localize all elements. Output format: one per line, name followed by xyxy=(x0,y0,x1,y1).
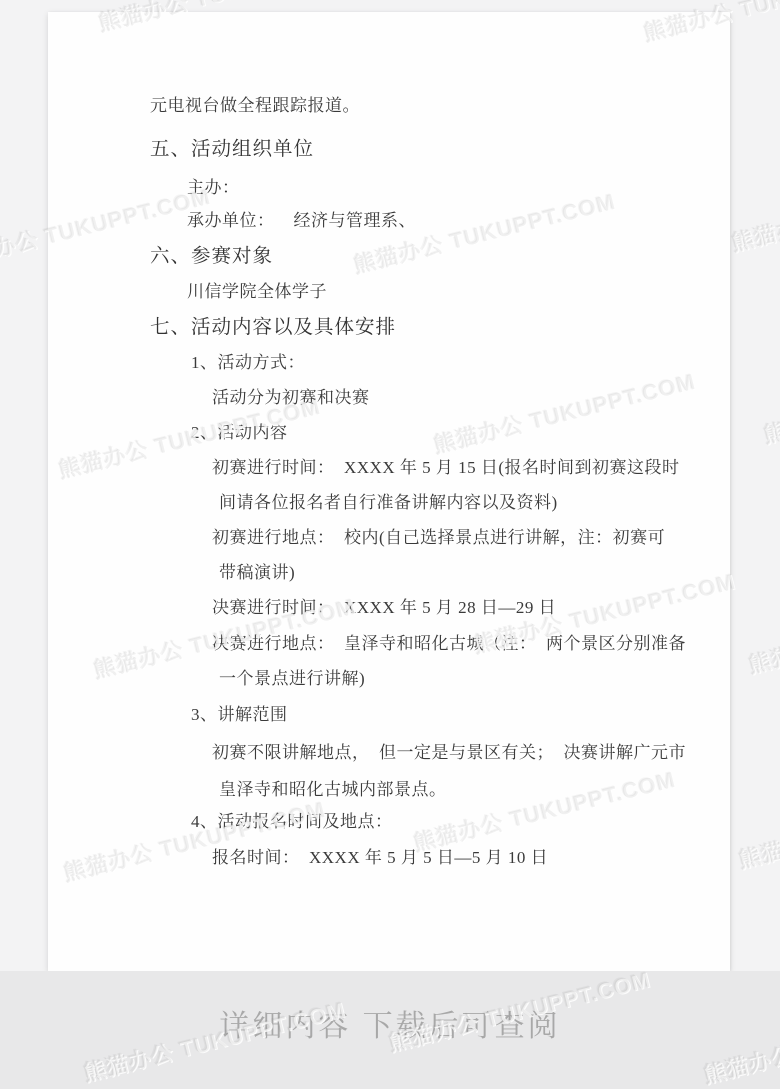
doc-line: 间请各位报名者自行准备讲解内容以及资料) xyxy=(219,493,558,513)
doc-line: 带稿演讲) xyxy=(219,563,295,583)
doc-line: 承办单位： 经济与管理系、 xyxy=(187,211,416,231)
footer-caption: 详细内容 下载后可查阅 xyxy=(0,1001,780,1045)
watermark-text: 熊猫办公 TUKUPPT.COM xyxy=(760,355,780,450)
screenshot-root: 元电视台做全程跟踪报道。 五、活动组织单位 主办： 承办单位： 经济与管理系、 … xyxy=(0,0,780,1089)
doc-line: 报名时间： XXXX 年 5 月 5 日—5 月 10 日 xyxy=(212,848,548,868)
watermark-text: 熊猫办公 TUKUPPT.COM xyxy=(745,585,780,680)
doc-line: 元电视台做全程跟踪报道。 xyxy=(150,96,360,116)
footer-bar: 详细内容 下载后可查阅 xyxy=(0,971,780,1089)
doc-heading: 六、参赛对象 xyxy=(150,245,273,268)
doc-line: 3、讲解范围 xyxy=(191,705,288,725)
doc-line: 1、活动方式： xyxy=(191,353,305,373)
doc-line: 主办： xyxy=(187,178,240,198)
doc-line: 决赛进行时间： XXXX 年 5 月 28 日—29 日 xyxy=(212,598,556,618)
doc-heading: 五、活动组织单位 xyxy=(150,138,314,161)
doc-line: 决赛进行地点： 皇泽寺和昭化古城（注： 两个景区分别准备 xyxy=(212,634,686,654)
document-page: 元电视台做全程跟踪报道。 五、活动组织单位 主办： 承办单位： 经济与管理系、 … xyxy=(48,12,730,971)
doc-heading: 七、活动内容以及具体安排 xyxy=(150,316,396,339)
doc-line: 初赛进行时间： XXXX 年 5 月 15 日(报名时间到初赛这段时 xyxy=(212,458,680,478)
doc-line: 皇泽寺和昭化古城内部景点。 xyxy=(219,780,447,800)
doc-line: 初赛不限讲解地点， 但一定是与景区有关； 决赛讲解广元市 xyxy=(212,743,686,763)
watermark-text: 熊猫办公 TUKUPPT.COM xyxy=(728,163,780,258)
doc-line: 川信学院全体学子 xyxy=(187,282,327,302)
doc-line: 4、活动报名时间及地点： xyxy=(191,812,393,832)
doc-line: 初赛进行地点： 校内(自己选择景点进行讲解，注：初赛可 xyxy=(212,528,665,548)
watermark-text: 熊猫办公 TUKUPPT.COM xyxy=(735,780,780,875)
doc-line: 活动分为初赛和决赛 xyxy=(212,388,370,408)
doc-line: 一个景点进行讲解) xyxy=(219,669,365,689)
doc-line: 2、活动内容 xyxy=(191,423,288,443)
